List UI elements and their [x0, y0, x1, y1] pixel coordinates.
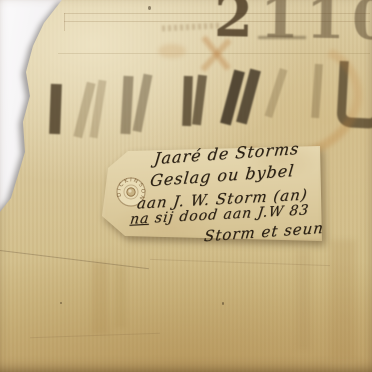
ruled-line [64, 13, 65, 31]
faded-stamp-underbar [258, 36, 306, 39]
bleedthrough-stripe [92, 262, 108, 334]
faded-letter-stroke [120, 76, 133, 134]
faded-letter-stroke [49, 84, 62, 134]
faded-letter-stroke [182, 76, 193, 126]
paper-edge-shadow: 2110S [0, 0, 372, 372]
ink-speck [60, 302, 62, 304]
faded-letter-stroke [133, 74, 153, 133]
bleedthrough-stripe [330, 240, 356, 360]
archival-document-photo: 2110S [0, 0, 372, 372]
faint-bleedthrough-script [162, 22, 220, 31]
crease-line [0, 250, 149, 269]
ink-speck [222, 302, 224, 305]
aged-paper-sheet: 2110S [0, 0, 372, 372]
bleedthrough-stripe [114, 266, 126, 328]
ink-speck [148, 6, 151, 10]
faded-stamp-dark-glyph: 2 [213, 0, 260, 51]
rust-stain [158, 44, 186, 58]
faded-letter-stroke [192, 75, 207, 126]
